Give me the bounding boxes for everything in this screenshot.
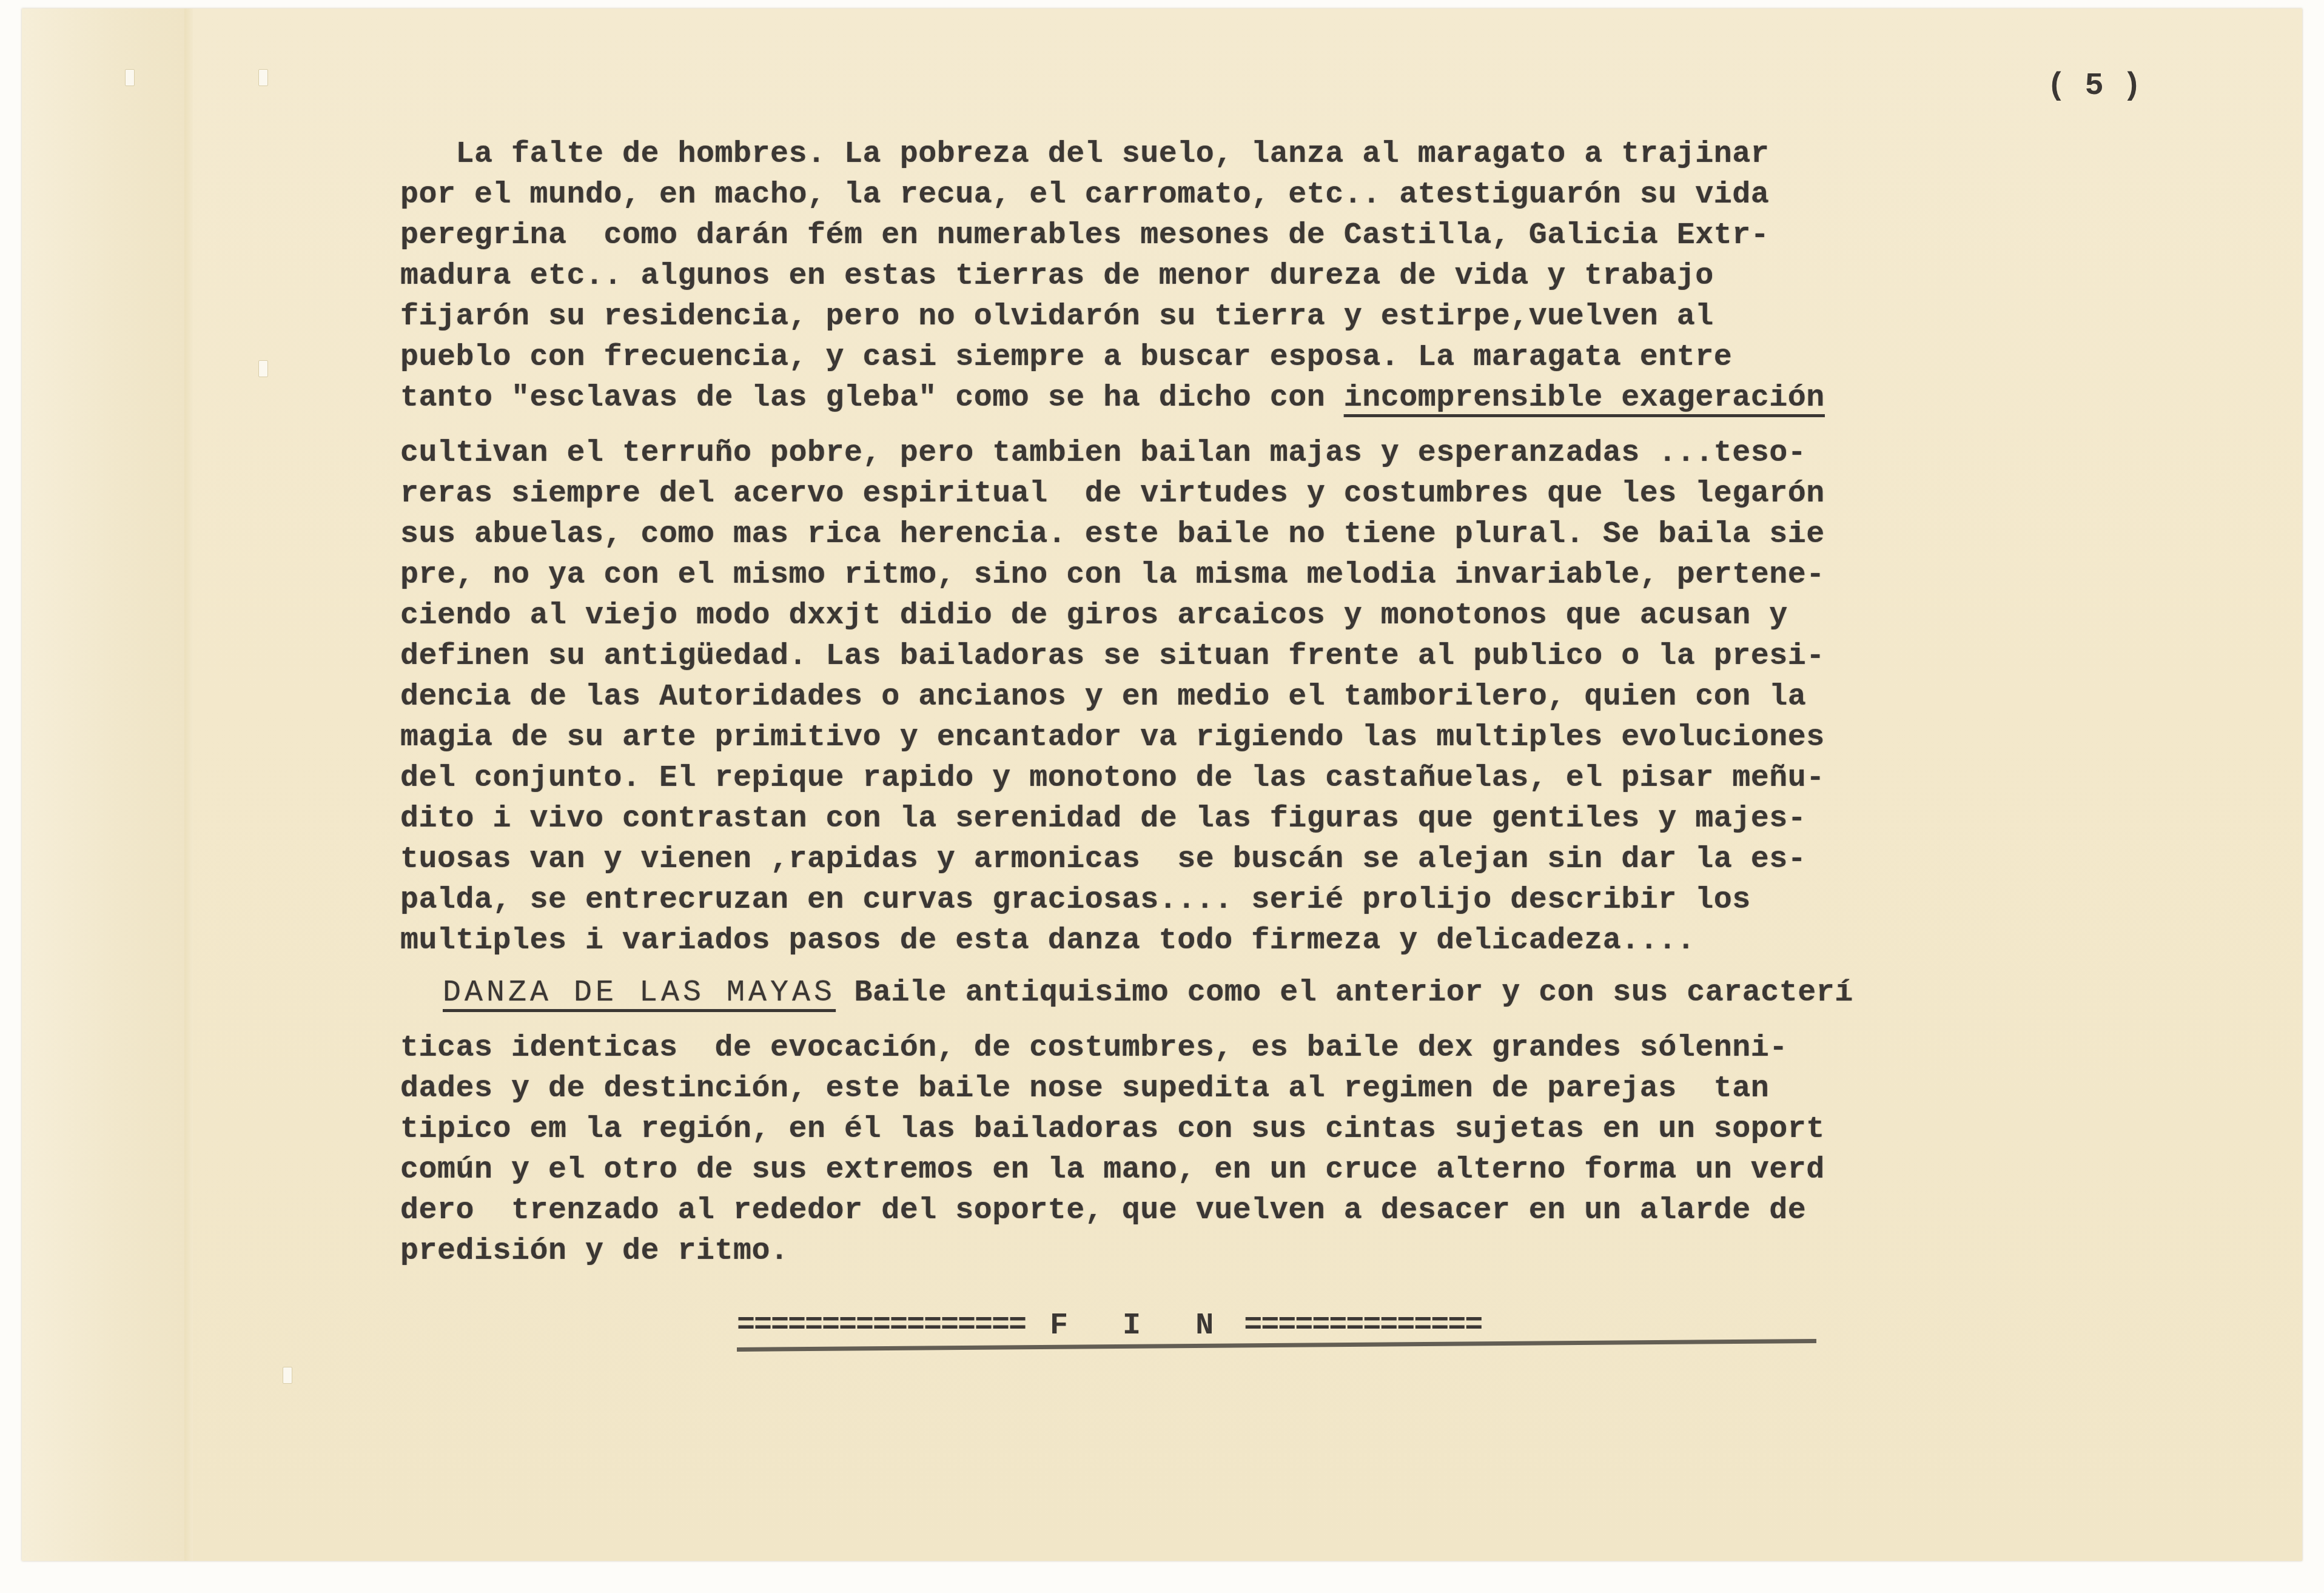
end-rule-right: ============== — [1244, 1309, 1482, 1343]
text-line: ciendo al viejo modo dxxjt didio de giro… — [400, 598, 1788, 634]
text-line: peregrina como darán fém en numerables m… — [400, 218, 1769, 254]
text-line: predisión y de ritmo. — [400, 1233, 789, 1270]
text-line: tanto "esclavas de las gleba" como se ha… — [400, 380, 1825, 417]
text-line: cultivan el terruño pobre, pero tambien … — [400, 435, 1806, 472]
text-line: fijarón su residencia, pero no olvidarón… — [400, 299, 1714, 335]
text-line: madura etc.. algunos en estas tierras de… — [400, 258, 1714, 295]
text-line: común y el otro de sus extremos en la ma… — [400, 1152, 1825, 1189]
punch-hole — [125, 69, 135, 86]
end-marker: ================= F I N ============== — [737, 1309, 1822, 1343]
text-line: sus abuelas, como mas rica herencia. est… — [400, 517, 1825, 553]
end-label: F I N — [1026, 1309, 1244, 1343]
text-line: del conjunto. El repique rapido y monoto… — [400, 760, 1825, 797]
text-line: tuosas van y vienen ,rapidas y armonicas… — [400, 842, 1806, 878]
text-fragment: tanto "esclavas de las gleba" como se ha… — [400, 381, 1344, 415]
text-line: por el mundo, en macho, la recua, el car… — [400, 177, 1769, 213]
punch-hole — [258, 69, 268, 86]
text-line: pre, no ya con el mismo ritmo, sino con … — [400, 557, 1825, 594]
text-line: dito i vivo contrastan con la serenidad … — [400, 801, 1806, 837]
text-line: dades y de destinción, este baile nose s… — [400, 1071, 1769, 1107]
text-line: definen su antigüedad. Las bailadoras se… — [400, 639, 1825, 675]
punch-hole — [258, 360, 268, 377]
text-fragment: Baile antiquisimo como el anterior y con… — [836, 976, 1853, 1010]
text-line: ticas identicas de evocación, de costumb… — [400, 1030, 1788, 1067]
text-line: La falte de hombres. La pobreza del suel… — [400, 136, 1769, 173]
text-line: multiples i variados pasos de esta danza… — [400, 923, 1695, 959]
text-line: magia de su arte primitivo y encantador … — [400, 720, 1825, 756]
text-line: pueblo con frecuencia, y casi siempre a … — [400, 340, 1732, 376]
text-line: palda, se entrecruzan en curvas graciosa… — [400, 882, 1751, 919]
punch-hole — [283, 1367, 292, 1384]
text-line: reras siempre del acervo espiritual de v… — [400, 476, 1825, 512]
end-rule-left: ================= — [737, 1309, 1026, 1343]
page-number: ( 5 ) — [2047, 68, 2141, 104]
text-line: DANZA DE LAS MAYAS Baile antiquisimo com… — [400, 975, 1853, 1011]
text-line: dencia de las Autoridades o ancianos y e… — [400, 679, 1806, 716]
section-heading: DANZA DE LAS MAYAS — [443, 976, 836, 1010]
text-line: dero trenzado al rededor del soporte, qu… — [400, 1193, 1806, 1229]
strip-fold-edge — [184, 8, 193, 1561]
text-line: tipico em la región, en él las bailadora… — [400, 1112, 1825, 1148]
folded-margin-strip — [22, 8, 187, 1561]
underlined-phrase: incomprensible exageración — [1344, 381, 1825, 415]
